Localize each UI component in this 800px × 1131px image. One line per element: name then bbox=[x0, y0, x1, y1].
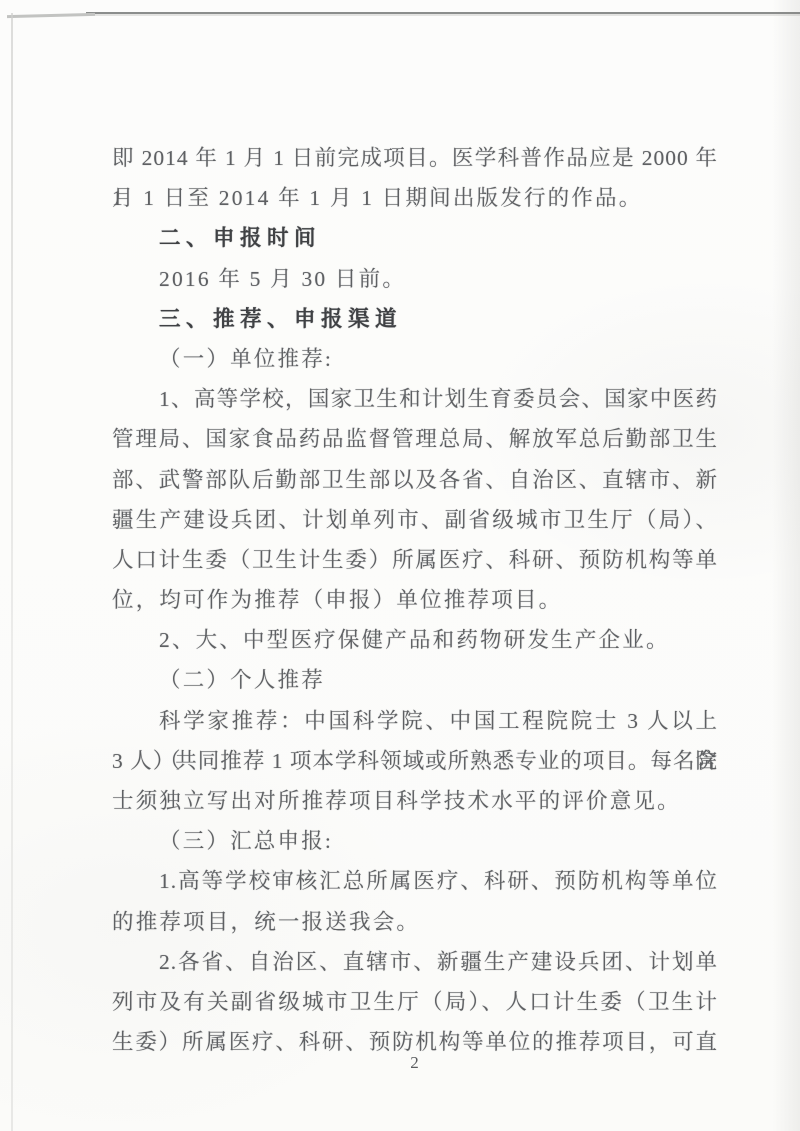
scan-edge-top-left-segment bbox=[7, 13, 95, 18]
text-line: 疆生产建设兵团、计划单列市、副省级城市卫生厅（局）、 bbox=[112, 500, 718, 540]
document-body: 即 2014 年 1 月 1 日前完成项目。医学科普作品应是 2000 年 1月… bbox=[112, 138, 718, 1062]
text-line: （一）单位推荐: bbox=[112, 339, 718, 379]
text-line: 3 人）共同推荐 1 项本学科领域或所熟悉专业的项目。每名院 bbox=[112, 741, 718, 781]
text-line: （二）个人推荐 bbox=[112, 660, 718, 700]
heading-line: 二、申报时间 bbox=[112, 218, 718, 258]
text-line: 1、高等学校，国家卫生和计划生育委员会、国家中医药 bbox=[112, 379, 718, 419]
text-line: 士须独立写出对所推荐项目科学技术水平的评价意见。 bbox=[112, 781, 718, 821]
scan-edge-right-shadow bbox=[772, 0, 800, 1131]
scan-edge-top-line bbox=[86, 12, 800, 14]
scan-edge-left-line bbox=[11, 13, 13, 1131]
text-line: 位，均可作为推荐（申报）单位推荐项目。 bbox=[112, 580, 718, 620]
text-line: 列市及有关副省级城市卫生厅（局）、人口计生委（卫生计 bbox=[112, 982, 718, 1022]
text-line: 月 1 日至 2014 年 1 月 1 日期间出版发行的作品。 bbox=[112, 178, 718, 218]
page-number: 2 bbox=[112, 1047, 718, 1079]
text-line: 2016 年 5 月 30 日前。 bbox=[112, 259, 718, 299]
text-line: 即 2014 年 1 月 1 日前完成项目。医学科普作品应是 2000 年 1 bbox=[112, 138, 718, 178]
text-line: 的推荐项目，统一报送我会。 bbox=[112, 902, 718, 942]
text-line: 2.各省、自治区、直辖市、新疆生产建设兵团、计划单 bbox=[112, 942, 718, 982]
text-line: 2、大、中型医疗保健产品和药物研发生产企业。 bbox=[112, 620, 718, 660]
heading-line: 三、推荐、申报渠道 bbox=[112, 299, 718, 339]
text-line: （三）汇总申报: bbox=[112, 821, 718, 861]
scanned-document-page: 即 2014 年 1 月 1 日前完成项目。医学科普作品应是 2000 年 1月… bbox=[0, 0, 800, 1131]
text-line: 1.高等学校审核汇总所属医疗、科研、预防机构等单位 bbox=[112, 861, 718, 901]
text-line: 科学家推荐：中国科学院、中国工程院院士 3 人以上（含 bbox=[112, 701, 718, 741]
text-line: 管理局、国家食品药品监督管理总局、解放军总后勤部卫生 bbox=[112, 419, 718, 459]
text-line: 人口计生委（卫生计生委）所属医疗、科研、预防机构等单 bbox=[112, 540, 718, 580]
text-line: 部、武警部队后勤部卫生部以及各省、自治区、直辖市、新 bbox=[112, 460, 718, 500]
